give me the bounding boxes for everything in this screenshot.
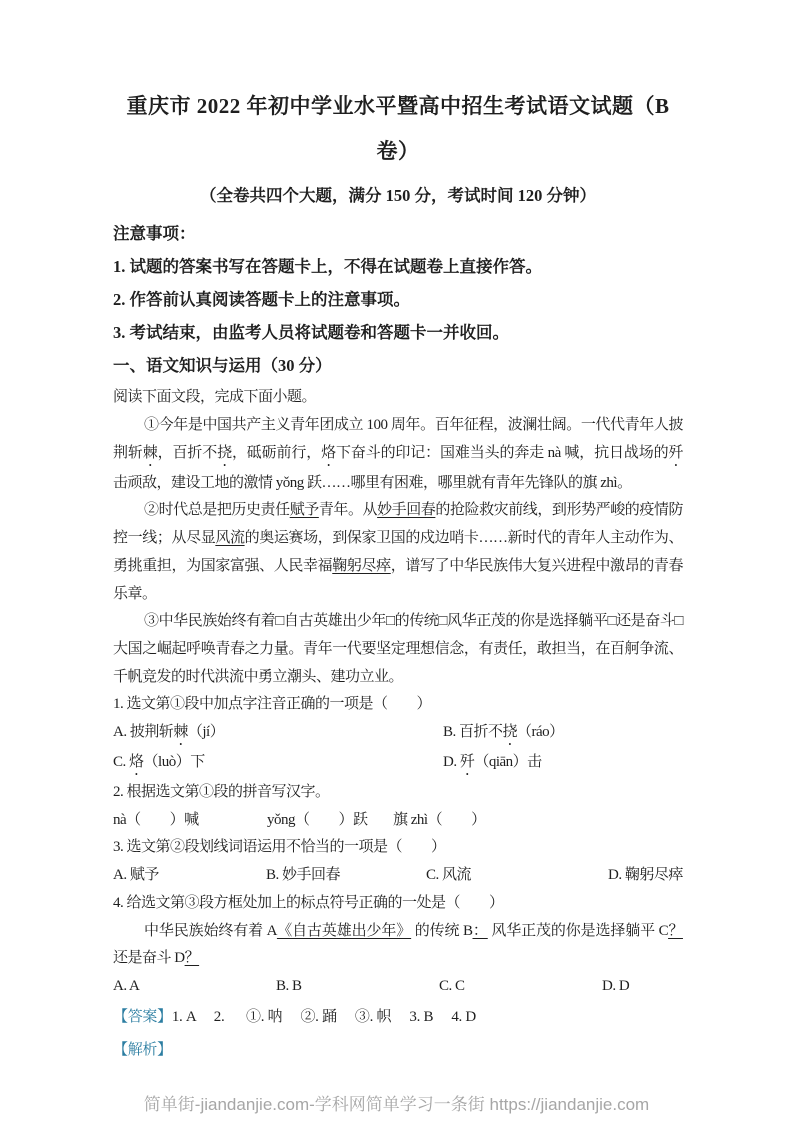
question-1-option-b: B. 百折不挠（ráo） [443, 724, 564, 740]
question-1-option-c: C. 烙（luò）下 [113, 749, 443, 779]
question-4-options: A. AB. BC. CD. D [113, 973, 683, 1001]
question-3-stem: 3. 选文第②段划线词语运用不恰当的一项是（ ） [113, 834, 683, 862]
question-3-option-b: B. 妙手回春 [266, 862, 426, 890]
notice-heading: 注意事项： [113, 217, 683, 250]
question-1-option-a: A. 披荆斩棘（jí） [113, 719, 443, 749]
question-2-stem: 2. 根据选文第①段的拼音写汉字。 [113, 779, 683, 807]
question-1-options-row-1: A. 披荆斩棘（jí）B. 百折不挠（ráo） [113, 719, 683, 749]
question-2-blank-3: 旗 zhì（ ） [393, 812, 486, 828]
question-4-option-a: A. A [113, 973, 276, 1001]
question-4-option-d: D. D [602, 978, 629, 994]
question-1-stem: 1. 选文第①段中加点字注音正确的一项是（ ） [113, 691, 683, 719]
answer-content: 1. A 2. ①. 呐 ②. 踊 ③. 帜 3. B 4. D [172, 1009, 476, 1025]
question-1-options-row-2: C. 烙（luò）下D. 歼（qiān）击 [113, 749, 683, 779]
notice-item-3: 3. 考试结束，由监考人员将试题卷和答题卡一并收回。 [113, 316, 683, 349]
question-4-option-b: B. B [276, 973, 439, 1001]
section-1-heading: 一、语文知识与运用（30 分） [113, 349, 683, 382]
answer-label: 【答案】 [113, 1009, 172, 1025]
question-3-options: A. 赋予B. 妙手回春C. 风流D. 鞠躬尽瘁 [113, 862, 683, 890]
page-title: 重庆市 2022 年初中学业水平暨高中招生考试语文试题（B 卷） [113, 84, 683, 174]
question-3-option-a: A. 赋予 [113, 862, 266, 890]
question-4-option-c: C. C [439, 973, 602, 1001]
answer-line: 【答案】1. A 2. ①. 呐 ②. 踊 ③. 帜 3. B 4. D [113, 1001, 683, 1034]
analysis-line: 【解析】 [113, 1034, 683, 1067]
page-title-line1: 重庆市 2022 年初中学业水平暨高中招生考试语文试题（B [113, 84, 683, 129]
question-2-blank-1: nà（ ）喊 [113, 807, 267, 835]
analysis-label: 【解析】 [113, 1042, 172, 1058]
question-2-blanks: nà（ ）喊yǒng（ ）跃旗 zhì（ ） [113, 807, 683, 835]
question-1-option-d: D. 歼（qiān）击 [443, 754, 542, 770]
page-footer: 简单街-jiandanjie.com-学科网简单学习一条街 https://ji… [0, 1090, 793, 1115]
notice-item-2: 2. 作答前认真阅读答题卡上的注意事项。 [113, 283, 683, 316]
question-3-option-d: D. 鞠躬尽瘁 [608, 867, 683, 883]
page-title-line2: 卷） [113, 129, 683, 174]
notice-item-1: 1. 试题的答案书写在答题卡上，不得在试题卷上直接作答。 [113, 250, 683, 283]
question-3-option-c: C. 风流 [426, 862, 608, 890]
passage-intro: 阅读下面文段，完成下面小题。 [113, 382, 683, 412]
question-4-stem: 4. 给选文第③段方框处加上的标点符号正确的一处是（ ） [113, 890, 683, 918]
passage-paragraph-3: ③中华民族始终有着□自古英雄出少年□的传统□风华正茂的你是选择躺平□还是奋斗□大… [113, 608, 683, 691]
exam-paper-page: 重庆市 2022 年初中学业水平暨高中招生考试语文试题（B 卷） （全卷共四个大… [0, 0, 793, 1122]
passage-paragraph-1: ①今年是中国共产主义青年团成立 100 周年。百年征程，波澜壮阔。一代代青年人披… [113, 412, 683, 497]
exam-meta-subtitle: （全卷共四个大题，满分 150 分，考试时间 120 分钟） [113, 174, 683, 217]
passage-paragraph-2: ②时代总是把历史责任赋予青年。从妙手回春的抢险救灾前线，到形势严峻的疫情防控一线… [113, 497, 683, 608]
question-4-body: 中华民族始终有着 A《自古英雄出少年》 的传统 B： 风华正茂的你是选择躺平 C… [113, 918, 683, 973]
question-2-blank-2: yǒng（ ）跃 [267, 807, 393, 835]
